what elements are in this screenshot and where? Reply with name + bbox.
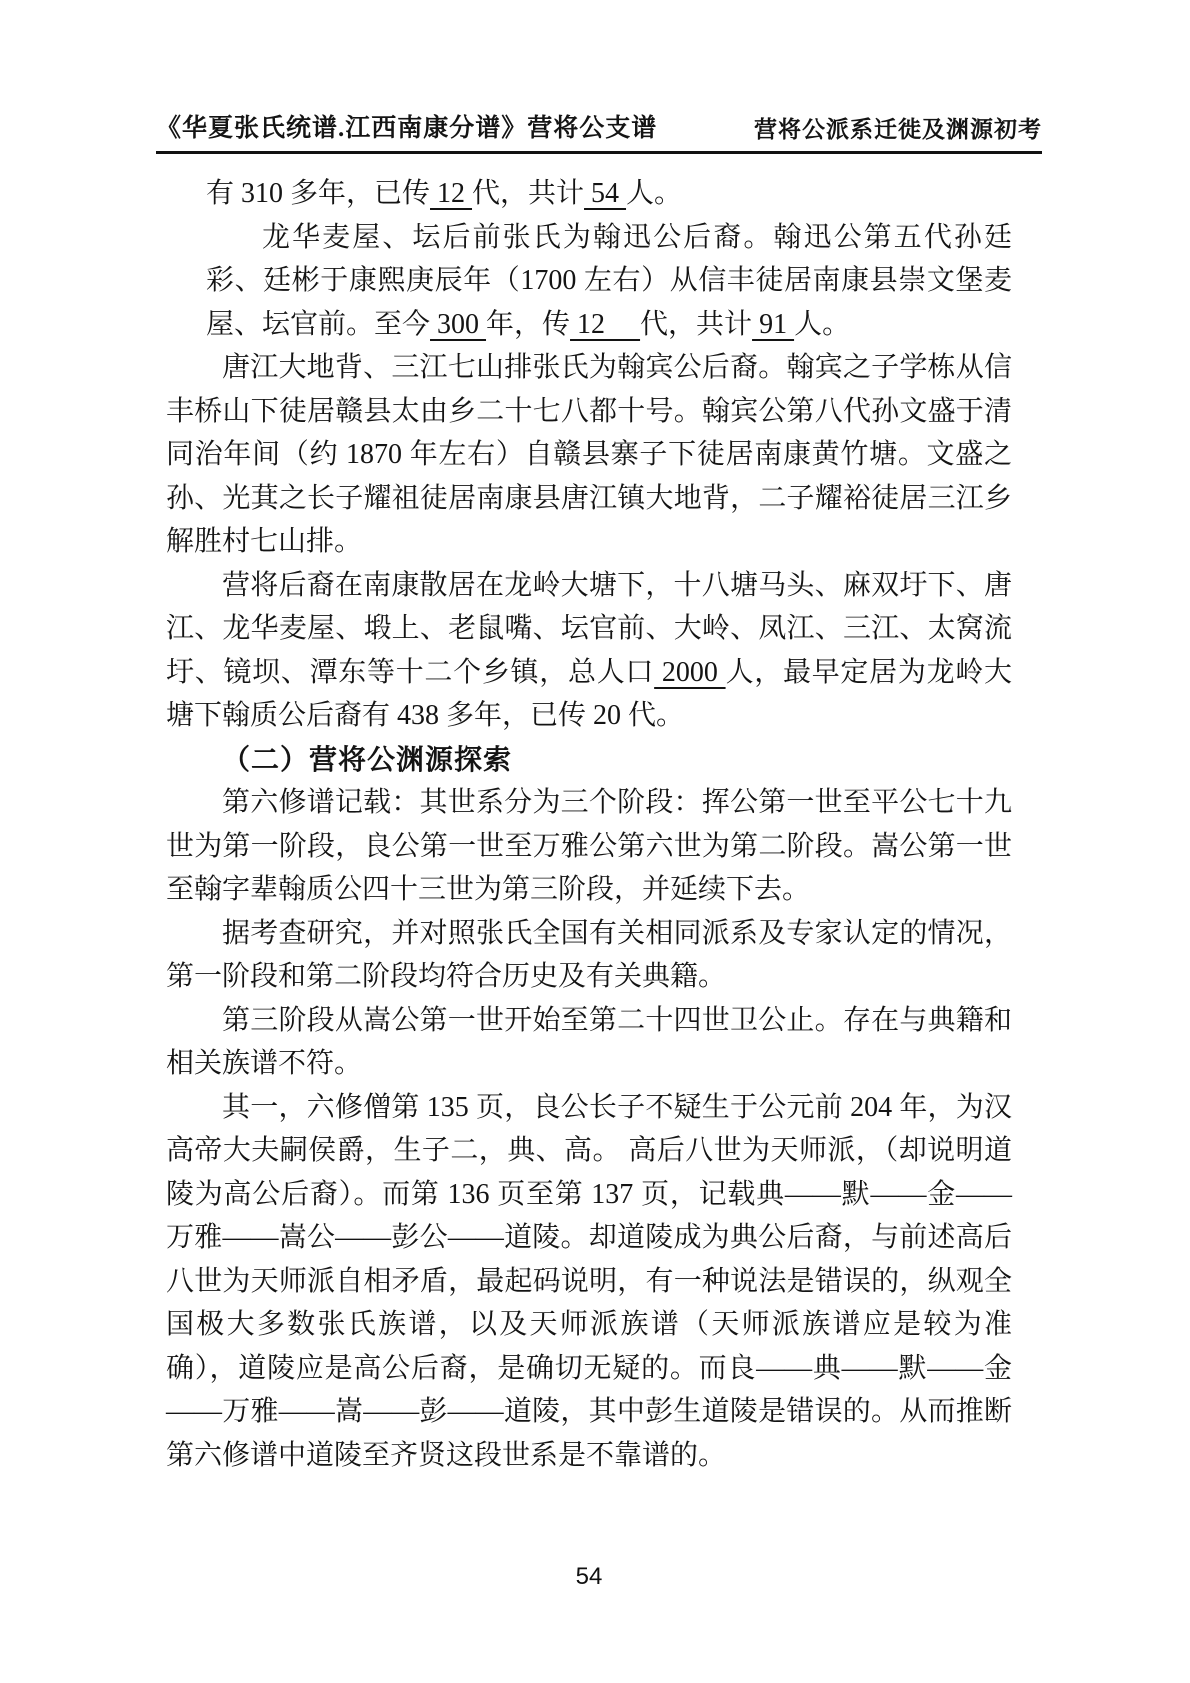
document-body: 有 310 多年，已传 12 代，共计 54 人。龙华麦屋、坛后前张氏为翰迅公后… (166, 172, 1012, 1477)
underlined-value: 91 (752, 309, 794, 340)
header-right-title: 营将公派系迁徙及渊源初考 (754, 111, 1042, 144)
document-page: 《华夏张氏统谱.江西南康分谱》营将公支谱 营将公派系迁徙及渊源初考 有 310 … (0, 0, 1190, 1683)
underlined-value: 12 (570, 309, 640, 340)
text-segment: 代，共计 (472, 178, 584, 209)
text-segment: 其一，六修僧第 135 页，良公长子不疑生于公元前 204 年，为汉高帝大夫嗣侯… (166, 1092, 1012, 1471)
text-segment: 有 310 多年，已传 (206, 178, 430, 209)
text-segment: 年，传 (486, 309, 570, 340)
paragraph: 第六修谱记载：其世系分为三个阶段：挥公第一世至平公七十九世为第一阶段，良公第一世… (166, 781, 1012, 912)
text-segment: 代，共计 (640, 309, 752, 340)
text-segment: 唐江大地背、三江七山排张氏为翰宾公后裔。翰宾之子学栋从信丰桥山下徒居赣县太由乡二… (166, 352, 1012, 557)
underlined-value: 12 (430, 178, 472, 209)
paragraph: 营将后裔在南康散居在龙岭大塘下，十八塘马头、麻双圩下、唐江、龙华麦屋、塅上、老鼠… (166, 564, 1012, 738)
page-header: 《华夏张氏统谱.江西南康分谱》营将公支谱 营将公派系迁徙及渊源初考 (156, 108, 1042, 154)
paragraph: 第三阶段从嵩公第一世开始至第二十四世卫公止。存在与典籍和相关族谱不符。 (166, 999, 1012, 1086)
paragraph: 有 310 多年，已传 12 代，共计 54 人。 (206, 172, 1012, 216)
paragraph: 唐江大地背、三江七山排张氏为翰宾公后裔。翰宾之子学栋从信丰桥山下徒居赣县太由乡二… (166, 346, 1012, 564)
paragraph: 龙华麦屋、坛后前张氏为翰迅公后裔。翰迅公第五代孙廷彩、廷彬于康熙庚辰年（1700… (206, 216, 1012, 347)
section-heading: （二）营将公渊源探索 (166, 738, 1012, 782)
header-left-title: 《华夏张氏统谱.江西南康分谱》营将公支谱 (156, 108, 657, 144)
text-segment: 据考查研究，并对照张氏全国有关相同派系及专家认定的情况，第一阶段和第二阶段均符合… (166, 918, 1012, 993)
paragraph: 据考查研究，并对照张氏全国有关相同派系及专家认定的情况，第一阶段和第二阶段均符合… (166, 912, 1012, 999)
paragraph: 其一，六修僧第 135 页，良公长子不疑生于公元前 204 年，为汉高帝大夫嗣侯… (166, 1086, 1012, 1478)
underlined-value: 2000 (654, 657, 725, 688)
text-segment: 第六修谱记载：其世系分为三个阶段：挥公第一世至平公七十九世为第一阶段，良公第一世… (166, 787, 1012, 905)
underlined-value: 54 (584, 178, 626, 209)
underlined-value: 300 (430, 309, 486, 340)
text-segment: 人。 (626, 178, 682, 209)
text-segment: （二）营将公渊源探索 (222, 744, 512, 775)
page-number: 54 (166, 1563, 1012, 1591)
text-segment: 人。 (794, 309, 850, 340)
text-segment: 第三阶段从嵩公第一世开始至第二十四世卫公止。存在与典籍和相关族谱不符。 (166, 1005, 1012, 1080)
